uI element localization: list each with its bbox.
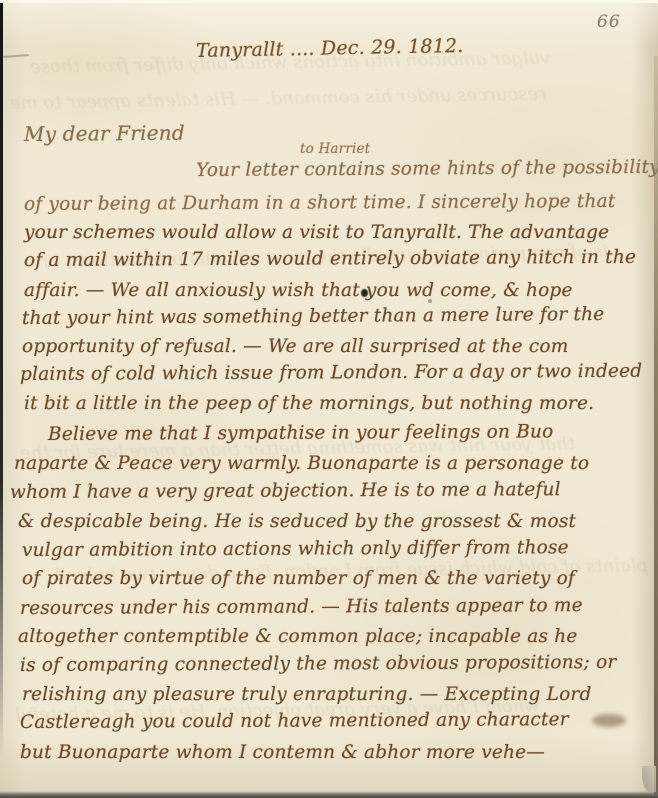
manuscript-line: of pirates by virtue of the number of me… [22,568,575,589]
manuscript-line: altogether contemptible & common place; … [18,626,577,647]
scan-edge-bottom [0,791,658,798]
manuscript-line: of a mail within 17 miles would entirely… [24,247,636,271]
manuscript-line: Your letter contains some hints of the p… [196,157,658,181]
ink-speck [428,299,432,303]
manuscript-line: it bit a little in the peep of the morni… [24,393,594,414]
manuscript-line: resources under his command. — His talen… [20,595,583,619]
salutation: My dear Friend [24,121,185,146]
manuscript-line: vulgar ambition into actions which only … [22,537,569,561]
ghost-line: resources under his command. — His talen… [10,83,547,113]
manuscript-line: relishing any pleasure truly enrapturing… [22,684,592,705]
page-number: 66 [597,12,621,32]
manuscript-line: affair. — We all anxiously wish that you… [24,280,573,301]
manuscript-line: & despicable being. He is seduced by the… [18,511,576,532]
stray-pen-mark [3,54,29,58]
manuscript-line: that your hint was something better than… [22,304,604,329]
manuscript-line: whom I have a very great objection. He i… [10,479,561,503]
manuscript-scan: vulgar ambition into actions which only … [0,0,658,798]
scan-edge-left [0,0,3,798]
page-corner-curl [642,766,656,792]
manuscript-line: of your being at Durham in a short time.… [24,191,616,215]
interline-insertion: to Harriet [300,141,370,157]
scan-edge-right [654,56,658,798]
manuscript-line: plaints of cold which issue from London.… [20,361,642,385]
scan-edge-top [0,0,658,3]
dateline: Tanyrallt .... Dec. 29. 1812. [196,35,464,62]
ink-speck [361,289,368,297]
manuscript-line: Believe me that I sympathise in your fee… [48,421,554,445]
manuscript-line: is of comparing connectedly the most obv… [20,652,617,676]
manuscript-line: opportunity of refusal. — We are all sur… [22,336,569,357]
manuscript-line: Castlereagh you could not have mentioned… [20,709,569,733]
manuscript-line: your schemes would allow a visit to Tany… [24,222,609,243]
manuscript-line: naparte & Peace very warmly. Buonaparte … [14,453,589,474]
manuscript-line: but Buonaparte whom I contemn & abhor mo… [20,742,545,763]
ink-smudge [592,714,626,727]
